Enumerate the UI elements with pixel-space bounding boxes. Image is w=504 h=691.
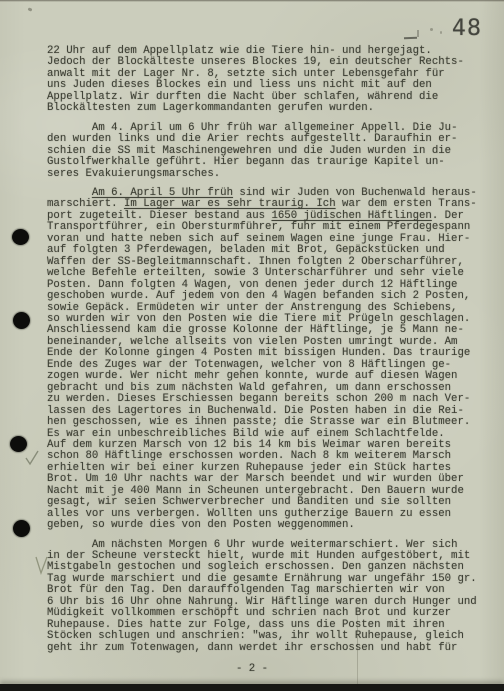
hole-punch — [12, 229, 29, 245]
paragraph: Am 6. April 5 Uhr früh sind wir Juden vo… — [47, 188, 502, 532]
page-number-footer: - 2 - — [0, 663, 504, 675]
paragraph: Am nächsten Morgen 6 Uhr wurde weitermar… — [47, 540, 502, 655]
hole-punch — [13, 520, 30, 537]
text-segment: Am nächsten Morgen 6 Uhr wurde weitermar… — [47, 539, 477, 654]
text-segment: 22 Uhr auf dem Appellplatz wie die Tiere… — [47, 45, 464, 114]
text-segment: Am 4. April um 6 Uhr früh war allgemeine… — [47, 122, 457, 180]
scan-top-edge — [0, 0, 504, 2]
hole-punch — [13, 312, 30, 329]
paragraph: Am 4. April um 6 Uhr früh war allgemeine… — [47, 123, 502, 180]
text-segment: . Der Transportführer, ein Obersturmführ… — [47, 210, 470, 531]
pencil-mark — [430, 28, 433, 31]
pencil-mark — [440, 31, 442, 34]
pencil-mark — [417, 30, 419, 37]
scanned-document-page: 48 22 Uhr auf dem Appellplatz wie die Ti… — [0, 0, 504, 691]
paper-speck — [28, 7, 33, 11]
page-number-stamp: 48 — [452, 16, 482, 41]
checkmark-icon — [24, 449, 40, 466]
paragraph: 22 Uhr auf dem Appellplatz wie die Tiere… — [47, 46, 502, 115]
pencil-mark — [404, 37, 417, 39]
underlined-text: Im Lager war es sehr traurig. Ich — [124, 198, 336, 210]
scan-bottom-edge — [0, 684, 504, 691]
text-body: 22 Uhr auf dem Appellplatz wie die Tiere… — [47, 46, 502, 662]
